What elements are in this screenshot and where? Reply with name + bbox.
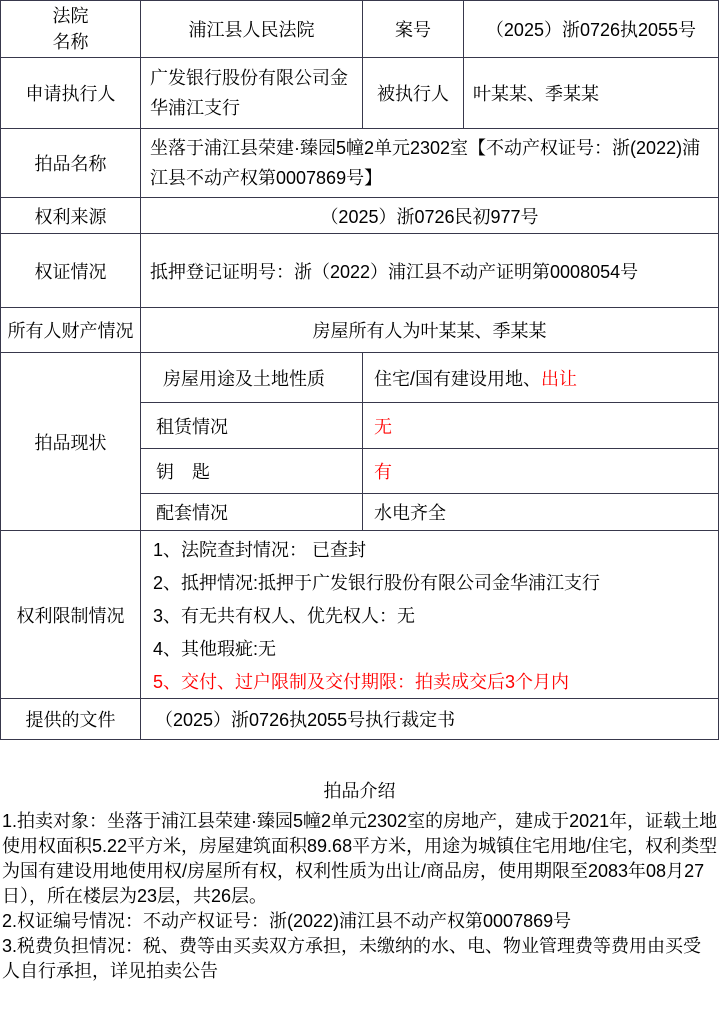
auction-notice-page: 法院 名称 浦江县人民法院 案号 （2025）浙0726执2055号 申请执行人… [0,0,719,1014]
house-use-value-black: 住宅/国有建设用地、 [374,365,541,391]
court-name-label: 法院 名称 [1,1,141,57]
intro-paragraph-3: 3.税费负担情况：税、费等由买卖双方承担，未缴纳的水、电、物业管理费等费用由买受… [0,934,719,984]
court-name-label-line1: 法院 [53,3,89,29]
intro-paragraph-2: 2.权证编号情况：不动产权证号：浙(2022)浦江县不动产权第0007869号 [0,909,719,934]
table-row-documents: 提供的文件 （2025）浙0726执2055号执行裁定书 [1,699,718,739]
applicant-value: 广发银行股份有限公司金华浦江支行 [141,58,363,128]
status-row-key: 钥 匙 有 [141,449,718,494]
table-row-right-source: 权利来源 （2025）浙0726民初977号 [1,198,718,234]
documents-value: （2025）浙0726执2055号执行裁定书 [141,699,718,739]
table-row-certificate: 权证情况 抵押登记证明号：浙（2022）浦江县不动产证明第0008054号 [1,234,718,308]
case-number-label: 案号 [363,1,464,57]
restrictions-list: 1、法院查封情况： 已查封 2、抵押情况:抵押于广发银行股份有限公司金华浦江支行… [141,531,718,698]
lease-label: 租赁情况 [141,403,363,448]
key-value: 有 [363,449,718,493]
table-row-status: 拍品现状 房屋用途及土地性质 住宅/国有建设用地、出让 租赁情况 无 钥 匙 [1,353,718,531]
lease-value-red: 无 [374,413,392,439]
utilities-label: 配套情况 [141,494,363,530]
ownership-value: 房屋所有人为叶某某、季某某 [141,308,718,352]
certificate-label: 权证情况 [1,234,141,307]
applicant-label: 申请执行人 [1,58,141,128]
court-name-label-line2: 名称 [53,29,89,55]
table-row-parties: 申请执行人 广发银行股份有限公司金华浦江支行 被执行人 叶某某、季某某 [1,58,718,129]
restriction-item-4: 4、其他瑕疵:无 [153,633,712,666]
item-introduction-section: 拍品介绍 1.拍卖对象：坐落于浦江县荣建·臻园5幢2单元2302室的房地产，建成… [0,740,719,984]
restriction-item-3: 3、有无共有权人、优先权人：无 [153,600,712,633]
certificate-value: 抵押登记证明号：浙（2022）浦江县不动产证明第0008054号 [141,234,718,307]
status-row-lease: 租赁情况 无 [141,403,718,449]
item-name-label: 拍品名称 [1,129,141,197]
restriction-item-2: 2、抵押情况:抵押于广发银行股份有限公司金华浦江支行 [153,567,712,600]
item-name-value: 坐落于浦江县荣建·臻园5幢2单元2302室【不动产权证号：浙(2022)浦江县不… [141,129,718,197]
house-use-label: 房屋用途及土地性质 [141,353,363,402]
status-subtable: 房屋用途及土地性质 住宅/国有建设用地、出让 租赁情况 无 钥 匙 有 [141,353,718,530]
restriction-item-5: 5、交付、过户限制及交付期限：拍卖成交后3个月内 [153,666,712,698]
restrictions-label: 权利限制情况 [1,531,141,698]
intro-paragraph-1: 1.拍卖对象：坐落于浦江县荣建·臻园5幢2单元2302室的房地产，建成于2021… [0,809,719,909]
right-source-label: 权利来源 [1,198,141,233]
right-source-value: （2025）浙0726民初977号 [141,198,718,233]
utilities-value-black: 水电齐全 [374,499,446,525]
table-row-court: 法院 名称 浦江县人民法院 案号 （2025）浙0726执2055号 [1,1,718,58]
court-name-value: 浦江县人民法院 [141,1,363,57]
key-value-red: 有 [374,458,392,484]
utilities-value: 水电齐全 [363,494,718,530]
respondent-label: 被执行人 [363,58,464,128]
respondent-value: 叶某某、季某某 [464,58,718,128]
table-row-ownership: 所有人财产情况 房屋所有人为叶某某、季某某 [1,308,718,353]
case-number-value: （2025）浙0726执2055号 [464,1,718,57]
house-use-value: 住宅/国有建设用地、出让 [363,353,718,402]
restriction-item-1: 1、法院查封情况： 已查封 [153,534,712,567]
ownership-label: 所有人财产情况 [1,308,141,352]
documents-label: 提供的文件 [1,699,141,739]
key-label: 钥 匙 [141,449,363,493]
house-use-value-red: 出让 [541,365,577,391]
status-label: 拍品现状 [1,353,141,530]
status-row-house-use: 房屋用途及土地性质 住宅/国有建设用地、出让 [141,353,718,403]
status-row-utilities: 配套情况 水电齐全 [141,494,718,530]
intro-title: 拍品介绍 [0,781,719,801]
lease-value: 无 [363,403,718,448]
auction-info-table: 法院 名称 浦江县人民法院 案号 （2025）浙0726执2055号 申请执行人… [0,0,719,740]
table-row-item-name: 拍品名称 坐落于浦江县荣建·臻园5幢2单元2302室【不动产权证号：浙(2022… [1,129,718,198]
table-row-restrictions: 权利限制情况 1、法院查封情况： 已查封 2、抵押情况:抵押于广发银行股份有限公… [1,531,718,699]
